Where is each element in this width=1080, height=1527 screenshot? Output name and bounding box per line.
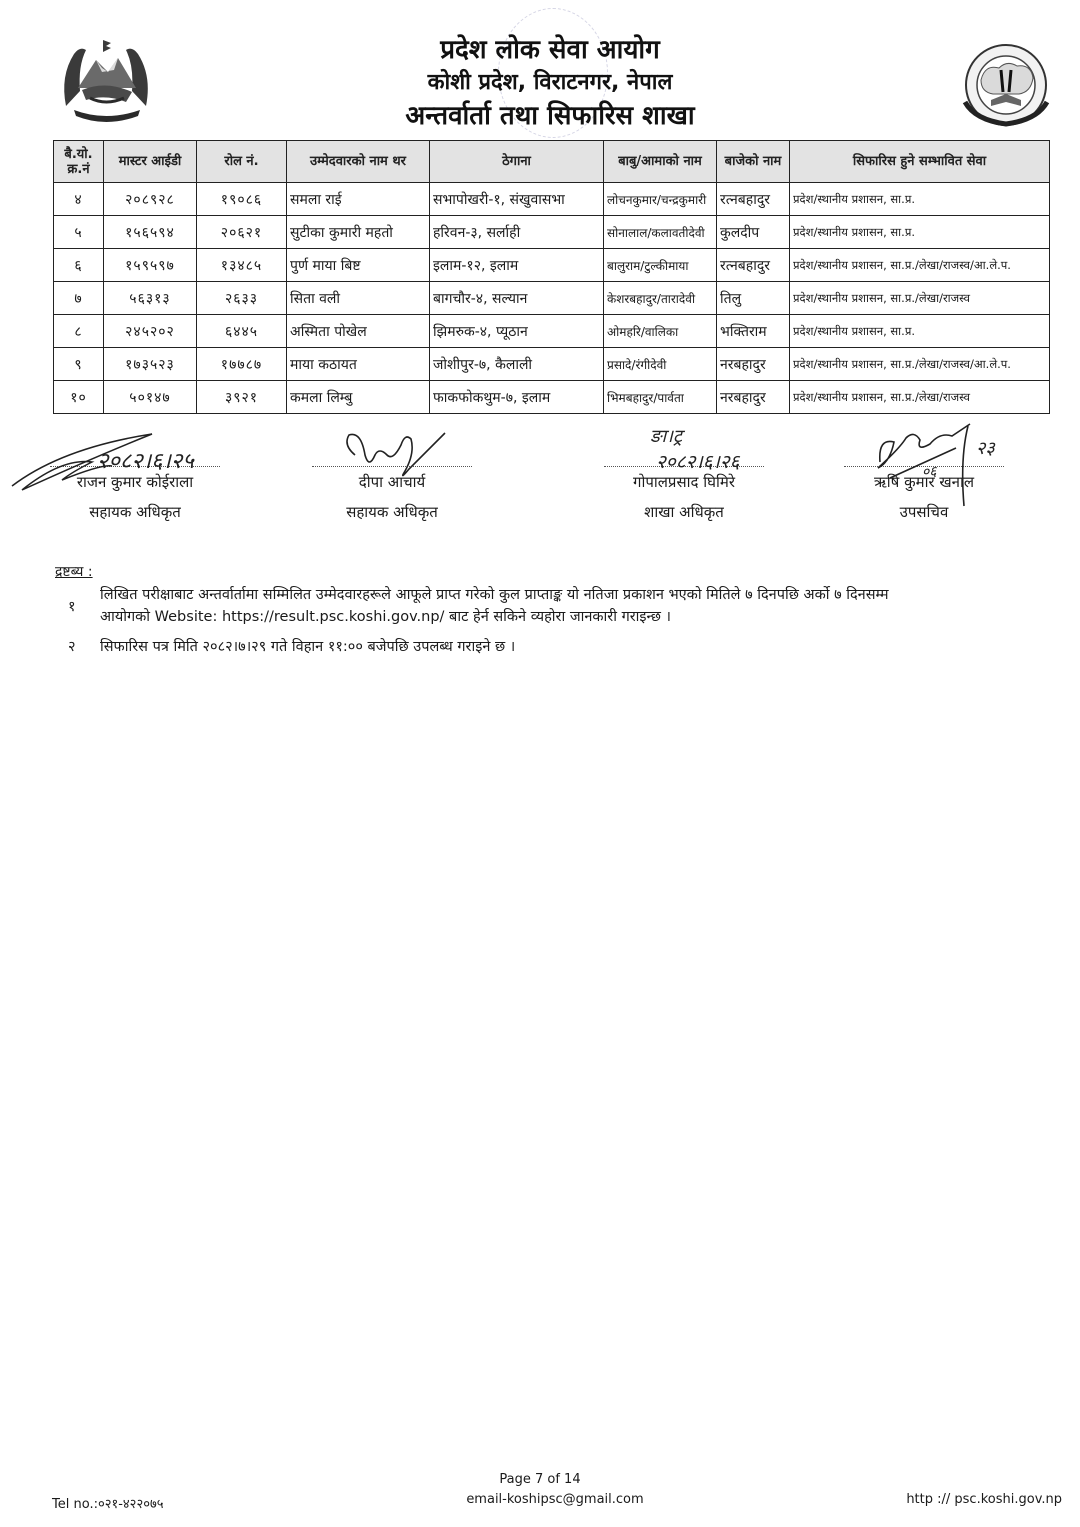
column-header-candidate-name: उम्मेदवारको नाम थर	[287, 141, 430, 183]
service-cell: प्रदेश/स्थानीय प्रशासन, सा.प्र./लेखा/राज…	[790, 249, 1050, 282]
grandfather-cell: कुलदीप	[717, 216, 790, 249]
signatory-title: सहायक अधिकृत	[292, 501, 492, 523]
koshi-psc-seal-icon	[955, 42, 1057, 128]
page-number: Page 7 of 14	[0, 1472, 1080, 1487]
serial-cell: ९	[54, 348, 104, 381]
table-row: ५१५६५९४२०६२१सुटीका कुमारी महतोहरिवन-३, स…	[54, 216, 1050, 249]
address-cell: जोशीपुर-७, कैलाली	[430, 348, 604, 381]
serial-cell: ५	[54, 216, 104, 249]
service-cell: प्रदेश/स्थानीय प्रशासन, सा.प्र.	[790, 183, 1050, 216]
table-header-row: बै.यो. क्र.नं मास्टर आईडी रोल नं. उम्मेद…	[54, 141, 1050, 183]
serial-cell: ७	[54, 282, 104, 315]
address-cell: बागचौर-४, सल्यान	[430, 282, 604, 315]
master-id-cell: १७३५२३	[104, 348, 197, 381]
serial-cell: ८	[54, 315, 104, 348]
address-cell: इलाम-१२, इलाम	[430, 249, 604, 282]
section-name: अन्तर्वार्ता तथा सिफारिस शाखा	[330, 98, 770, 134]
column-header-address: ठेगाना	[430, 141, 604, 183]
roll-no-cell: २०६२१	[197, 216, 287, 249]
service-cell: प्रदेश/स्थानीय प्रशासन, सा.प्र.	[790, 216, 1050, 249]
notes-heading: द्रष्टब्य :	[55, 562, 93, 581]
master-id-cell: २४५२०२	[104, 315, 197, 348]
recommendation-table: बै.यो. क्र.नं मास्टर आईडी रोल नं. उम्मेद…	[53, 140, 1050, 414]
column-header-roll-no: रोल नं.	[197, 141, 287, 183]
signature-scribble	[335, 425, 455, 490]
table-row: १०५०१४७३९२१कमला लिम्बुफाकफोकथुम-७, इलामभ…	[54, 381, 1050, 414]
table-row: ७५६३१३२६३३सिता वलीबागचौर-४, सल्यानकेशरबह…	[54, 282, 1050, 315]
signature-scribble: २०८२।६।२५	[2, 428, 232, 498]
signature-scribble: २३ ०६	[860, 418, 1010, 508]
candidate-name-cell: अस्मिता पोखेल	[287, 315, 430, 348]
address-cell: फाकफोकथुम-७, इलाम	[430, 381, 604, 414]
note-line: लिखित परीक्षाबाट अन्तर्वार्तामा सम्मिलित…	[100, 584, 1070, 606]
column-header-parents: बाबु/आमाको नाम	[604, 141, 717, 183]
master-id-cell: १५९५९७	[104, 249, 197, 282]
nepal-emblem-icon	[56, 36, 156, 124]
serial-cell: ६	[54, 249, 104, 282]
service-cell: प्रदेश/स्थानीय प्रशासन, सा.प्र./लेखा/राज…	[790, 282, 1050, 315]
master-id-cell: २०८९२८	[104, 183, 197, 216]
table-body: ४२०८९२८१९०८६समला राईसभापोखरी-१, संखुवासभ…	[54, 183, 1050, 414]
grandfather-cell: नरबहादुर	[717, 348, 790, 381]
grandfather-cell: रत्नबहादुर	[717, 249, 790, 282]
column-header-grandfather: बाजेको नाम	[717, 141, 790, 183]
note-line: आयोगको Website: https://result.psc.koshi…	[100, 606, 1070, 628]
column-header-service: सिफारिस हुने सम्भावित सेवा	[790, 141, 1050, 183]
parents-cell: ओमहरि/वालिका	[604, 315, 717, 348]
service-cell: प्रदेश/स्थानीय प्रशासन, सा.प्र./लेखा/राज…	[790, 381, 1050, 414]
master-id-cell: १५६५९४	[104, 216, 197, 249]
organization-address: कोशी प्रदेश, विराटनगर, नेपाल	[330, 68, 770, 98]
candidate-name-cell: सिता वली	[287, 282, 430, 315]
grandfather-cell: नरबहादुर	[717, 381, 790, 414]
parents-cell: केशरबहादुर/तारादेवी	[604, 282, 717, 315]
candidate-name-cell: सुटीका कुमारी महतो	[287, 216, 430, 249]
address-cell: सभापोखरी-१, संखुवासभा	[430, 183, 604, 216]
table-row: ९१७३५२३१७७८७माया कठायतजोशीपुर-७, कैलालीप…	[54, 348, 1050, 381]
signatory-title: शाखा अधिकृत	[584, 501, 784, 523]
note-text: सिफारिस पत्र मिति २०८२।७।२९ गते विहान ११…	[100, 636, 1070, 658]
service-cell: प्रदेश/स्थानीय प्रशासन, सा.प्र./लेखा/राज…	[790, 348, 1050, 381]
parents-cell: लोचनकुमार/चन्द्रकुमारी	[604, 183, 717, 216]
signature-scribble: ङा।ट्र २०८२।६।२६	[620, 422, 790, 477]
document-header: प्रदेश लोक सेवा आयोग कोशी प्रदेश, विराटन…	[330, 32, 770, 134]
service-cell: प्रदेश/स्थानीय प्रशासन, सा.प्र.	[790, 315, 1050, 348]
grandfather-cell: रत्नबहादुर	[717, 183, 790, 216]
roll-no-cell: १३४८५	[197, 249, 287, 282]
signatory-title: सहायक अधिकृत	[35, 501, 235, 523]
grandfather-cell: भक्तिराम	[717, 315, 790, 348]
svg-text:ङा।ट्र: ङा।ट्र	[650, 426, 686, 447]
roll-no-cell: १९०८६	[197, 183, 287, 216]
candidate-name-cell: समला राई	[287, 183, 430, 216]
footer-website-link[interactable]: http :// psc.koshi.gov.np	[906, 1492, 1062, 1507]
table-row: ४२०८९२८१९०८६समला राईसभापोखरी-१, संखुवासभ…	[54, 183, 1050, 216]
parents-cell: भिमबहादुर/पार्वता	[604, 381, 717, 414]
serial-cell: ४	[54, 183, 104, 216]
table-row: ८२४५२०२६४४५अस्मिता पोखेलझिमरुक-४, प्यूठा…	[54, 315, 1050, 348]
candidate-name-cell: पुर्ण माया बिष्ट	[287, 249, 430, 282]
candidate-name-cell: माया कठायत	[287, 348, 430, 381]
roll-no-cell: ३९२१	[197, 381, 287, 414]
master-id-cell: ५६३१३	[104, 282, 197, 315]
note-text: लिखित परीक्षाबाट अन्तर्वार्तामा सम्मिलित…	[100, 584, 1070, 628]
parents-cell: बालुराम/टुल्कीमाया	[604, 249, 717, 282]
roll-no-cell: १७७८७	[197, 348, 287, 381]
roll-no-cell: ६४४५	[197, 315, 287, 348]
organization-name: प्रदेश लोक सेवा आयोग	[330, 32, 770, 68]
parents-cell: प्रसादे/रंगीदेवी	[604, 348, 717, 381]
grandfather-cell: तिलु	[717, 282, 790, 315]
note-number: २	[68, 636, 82, 658]
document-page: प्रदेश लोक सेवा आयोग कोशी प्रदेश, विराटन…	[0, 0, 1080, 1527]
table-row: ६१५९५९७१३४८५पुर्ण माया बिष्टइलाम-१२, इला…	[54, 249, 1050, 282]
note-line: सिफारिस पत्र मिति २०८२।७।२९ गते विहान ११…	[100, 636, 1070, 658]
serial-cell: १०	[54, 381, 104, 414]
master-id-cell: ५०१४७	[104, 381, 197, 414]
column-header-master-id: मास्टर आईडी	[104, 141, 197, 183]
svg-text:२०८२।६।२६: २०८२।६।२६	[656, 451, 741, 473]
svg-text:२०८२।६।२५: २०८२।६।२५	[97, 449, 195, 474]
address-cell: हरिवन-३, सर्लाही	[430, 216, 604, 249]
roll-no-cell: २६३३	[197, 282, 287, 315]
note-number: १	[68, 596, 82, 618]
parents-cell: सोनालाल/कलावतीदेवी	[604, 216, 717, 249]
svg-text:२३: २३	[976, 438, 995, 459]
svg-text:०६: ०६	[922, 464, 937, 480]
address-cell: झिमरुक-४, प्यूठान	[430, 315, 604, 348]
column-header-serial: बै.यो. क्र.नं	[54, 141, 104, 183]
candidate-name-cell: कमला लिम्बु	[287, 381, 430, 414]
